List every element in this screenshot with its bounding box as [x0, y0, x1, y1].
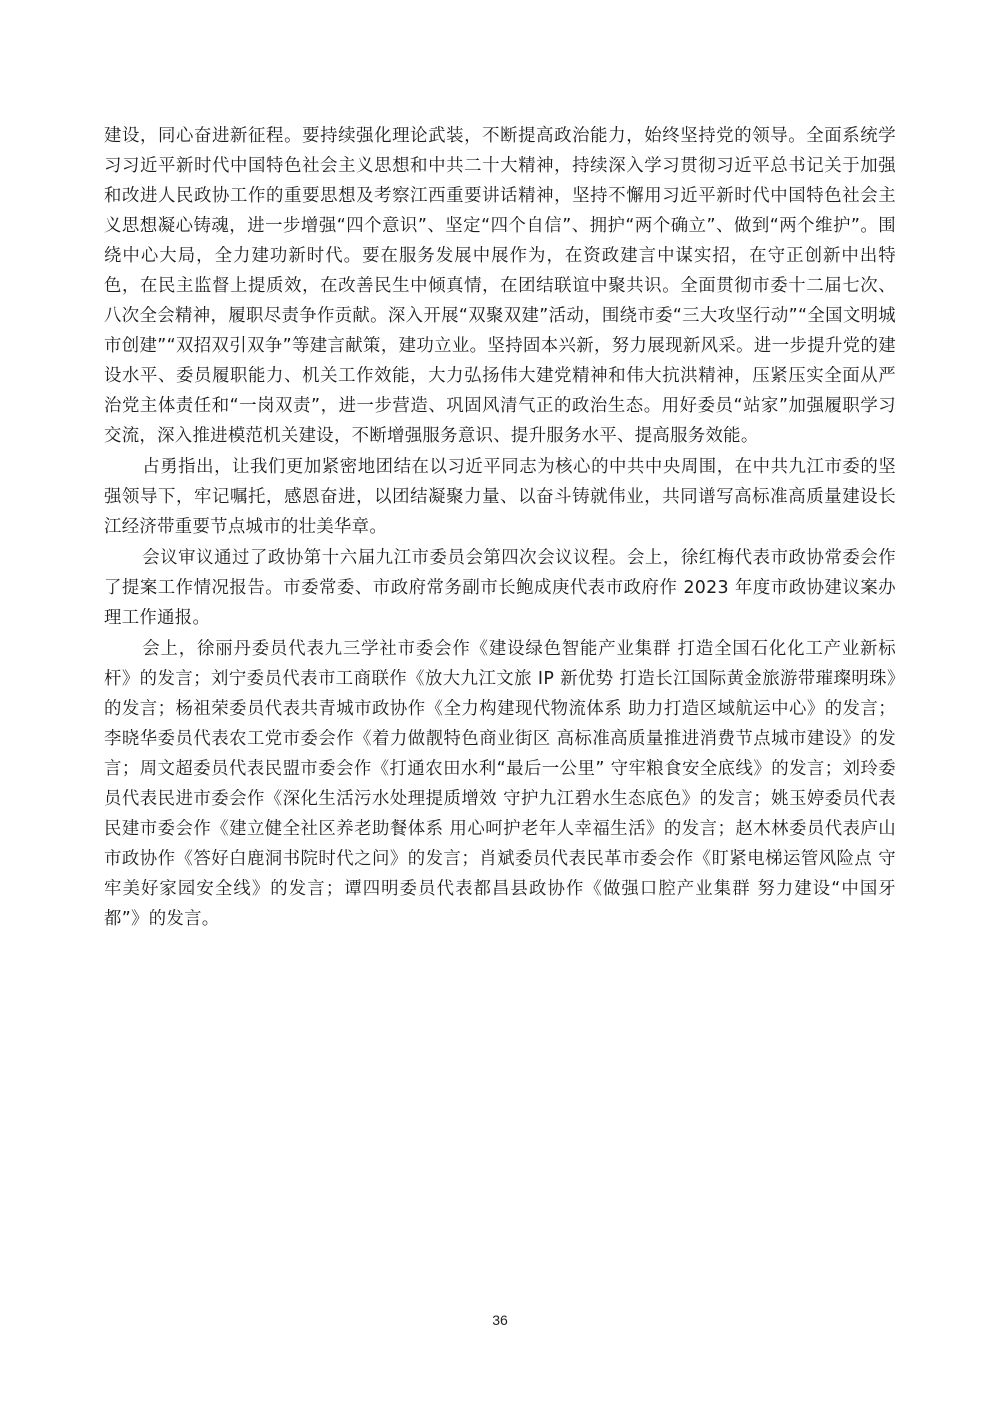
document-page: 建设，同心奋进新征程。要持续强化理论武装，不断提高政治能力，始终坚持党的领导。全… [0, 0, 1000, 1414]
page-number: 36 [0, 1312, 1000, 1328]
paragraph-zhan-yong-remarks: 占勇指出，让我们更加紧密地团结在以习近平同志为核心的中共中央周围，在中共九江市委… [104, 452, 896, 542]
paragraph-member-speeches: 会上，徐丽丹委员代表九三学社市委会作《建设绿色智能产业集群 打造全国石化化工产业… [104, 634, 896, 934]
body-text: 建设，同心奋进新征程。要持续强化理论武装，不断提高政治能力，始终坚持党的领导。全… [104, 121, 896, 935]
paragraph-meeting-agenda: 会议审议通过了政协第十六届九江市委员会第四次会议议程。会上，徐红梅代表市政协常委… [104, 543, 896, 633]
paragraph-theory-and-work: 建设，同心奋进新征程。要持续强化理论武装，不断提高政治能力，始终坚持党的领导。全… [104, 121, 896, 451]
